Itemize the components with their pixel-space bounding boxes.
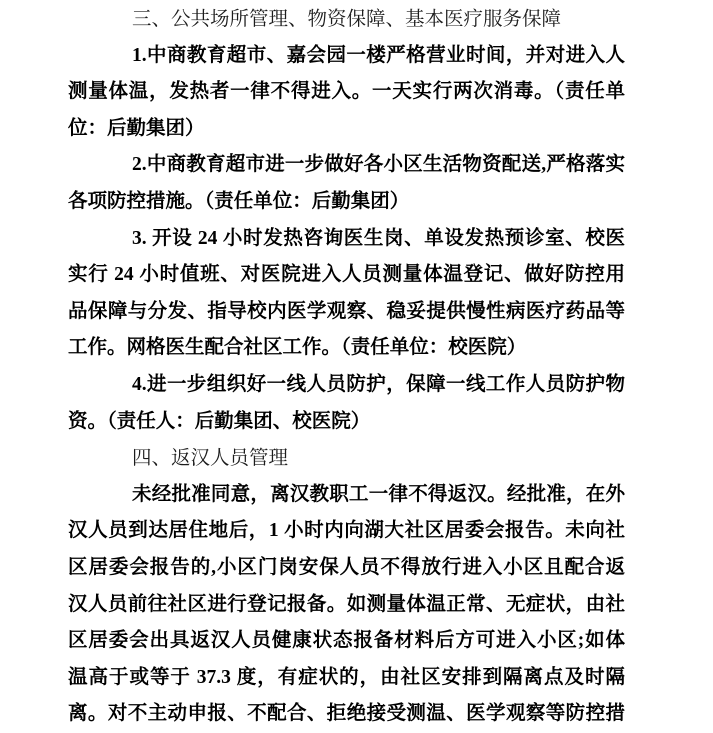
- paragraph-line: 3. 开设 24 小时发热咨询医生岗、单设发热预诊室、校医院: [68, 221, 625, 258]
- paragraph-line: 离。对不主动申报、不配合、拒绝接受测温、医学观察等防控措: [68, 696, 625, 733]
- section-3-heading: 三、公共场所管理、物资保障、基本医疗服务保障: [68, 1, 625, 38]
- paragraph-line: 测量体温，发热者一律不得进入。一天实行两次消毒。（责任单: [68, 74, 625, 111]
- paragraph-line: 1.中商教育超市、嘉会园一楼严格营业时间，并对进入人员: [68, 38, 625, 75]
- section-4-heading: 四、返汉人员管理: [68, 440, 625, 477]
- paragraph-line: 汉人员前往社区进行登记报备。如测量体温正常、无症状，由社: [68, 587, 625, 624]
- paragraph-line: 温高于或等于 37.3 度，有症状的，由社区安排到隔离点及时隔: [68, 660, 625, 697]
- paragraph-line: 资。（责任人：后勤集团、校医院）: [68, 404, 625, 441]
- paragraph-line: 工作。网格医生配合社区工作。（责任单位：校医院）: [68, 330, 625, 367]
- paragraph-line: 汉人员到达居住地后，1 小时内向湖大社区居委会报告。未向社: [68, 513, 625, 550]
- paragraph-line: 未经批准同意，离汉教职工一律不得返汉。经批准，在外返: [68, 477, 625, 514]
- document-page: 三、公共场所管理、物资保障、基本医疗服务保障 1.中商教育超市、嘉会园一楼严格营…: [0, 0, 713, 733]
- paragraph-line: 区居委会报告的,小区门岗安保人员不得放行进入小区且配合返: [68, 550, 625, 587]
- paragraph-line: 品保障与分发、指导校内医学观察、稳妥提供慢性病医疗药品等: [68, 294, 625, 331]
- paragraph-line: 4.进一步组织好一线人员防护，保障一线工作人员防护物: [68, 367, 625, 404]
- paragraph-line: 各项防控措施。（责任单位：后勤集团）: [68, 184, 625, 221]
- paragraph-line: 位：后勤集团）: [68, 111, 625, 148]
- paragraph-line: 区居委会出具返汉人员健康状态报备材料后方可进入小区;如体: [68, 623, 625, 660]
- paragraph-line: 实行 24 小时值班、对医院进入人员测量体温登记、做好防控用: [68, 257, 625, 294]
- paragraph-line: 2.中商教育超市进一步做好各小区生活物资配送,严格落实: [68, 147, 625, 184]
